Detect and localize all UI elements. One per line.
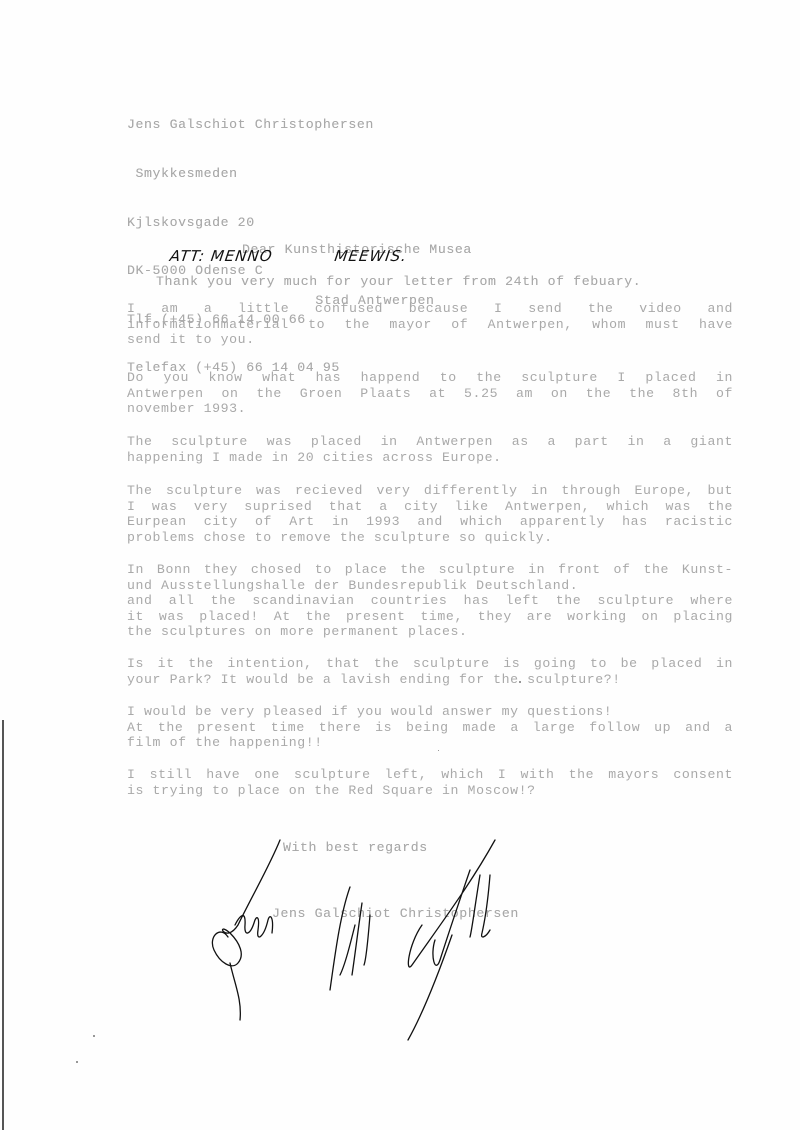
paragraph-line: it was placed! At the present time, they…: [127, 609, 733, 625]
paragraph-line: At the present time there is being made …: [127, 720, 733, 736]
paragraph-line: november 1993.: [127, 401, 733, 417]
paragraph-line: happening I made in 20 cities across Eur…: [127, 450, 733, 466]
paragraph-line: The sculpture was placed in Antwerpen as…: [127, 434, 733, 450]
paragraph-line: Antwerpen on the Groen Plaats at 5.25 am…: [127, 386, 733, 402]
scan-speck: [93, 1035, 95, 1037]
paragraph-5: In Bonn they chosed to place the sculptu…: [127, 562, 733, 640]
paragraph-line: is trying to place on the Red Square in …: [127, 783, 733, 799]
scan-speck: [438, 750, 439, 751]
paragraph-line: I was very suprised that a city like Ant…: [127, 499, 733, 515]
scan-edge-line: [2, 720, 4, 1130]
opening-line: Thank you very much for your letter from…: [156, 274, 641, 290]
paragraph-line: Do you know what has happend to the scul…: [127, 370, 733, 386]
paragraph-line: I am a little confused because I send th…: [127, 301, 733, 317]
sender-business: Smykkesmeden: [127, 166, 374, 182]
handwritten-signature-icon: [190, 825, 570, 1045]
letter-page: Jens Galschiot Christophersen Smykkesmed…: [0, 0, 800, 1130]
scan-speck: [76, 1061, 78, 1063]
paragraph-line: send it to you.: [127, 332, 733, 348]
paragraph-1: I am a little confused because I send th…: [127, 301, 733, 348]
paragraph-line: the sculptures on more permanent places.: [127, 624, 733, 640]
paragraph-line: und Ausstellungshalle der Bundesrepublik…: [127, 578, 733, 594]
paragraph-line: your Park? It would be a lavish ending f…: [127, 672, 733, 688]
paragraph-line: film of the happening!!: [127, 735, 733, 751]
sender-name: Jens Galschiot Christophersen: [127, 117, 374, 133]
paragraph-6: Is it the intention, that the sculpture …: [127, 656, 733, 687]
att-last-name: MEEWIS.: [333, 247, 408, 265]
scan-speck: [519, 681, 521, 683]
paragraph-line: and all the scandinavian countries has l…: [127, 593, 733, 609]
paragraph-line: I still have one sculpture left, which I…: [127, 767, 733, 783]
paragraph-3: The sculpture was placed in Antwerpen as…: [127, 434, 733, 465]
paragraph-2: Do you know what has happend to the scul…: [127, 370, 733, 417]
handwritten-attention-note: ATT: MENNOMEEWIS.: [169, 247, 409, 265]
att-prefix: ATT:: [169, 247, 207, 265]
paragraph-8: I still have one sculpture left, which I…: [127, 767, 733, 798]
paragraph-line: I would be very pleased if you would ans…: [127, 704, 733, 720]
paragraph-7: I would be very pleased if you would ans…: [127, 704, 733, 751]
paragraph-line: Is it the intention, that the sculpture …: [127, 656, 733, 672]
paragraph-line: informationmaterial to the mayor of Antw…: [127, 317, 733, 333]
att-first-name: MENNO: [210, 247, 274, 265]
paragraph-4: The sculpture was recieved very differen…: [127, 483, 733, 545]
paragraph-line: problems chose to remove the sculpture s…: [127, 530, 733, 546]
paragraph-line: In Bonn they chosed to place the sculptu…: [127, 562, 733, 578]
paragraph-line: The sculpture was recieved very differen…: [127, 483, 733, 499]
paragraph-line: Eurpean city of Art in 1993 and which ap…: [127, 514, 733, 530]
